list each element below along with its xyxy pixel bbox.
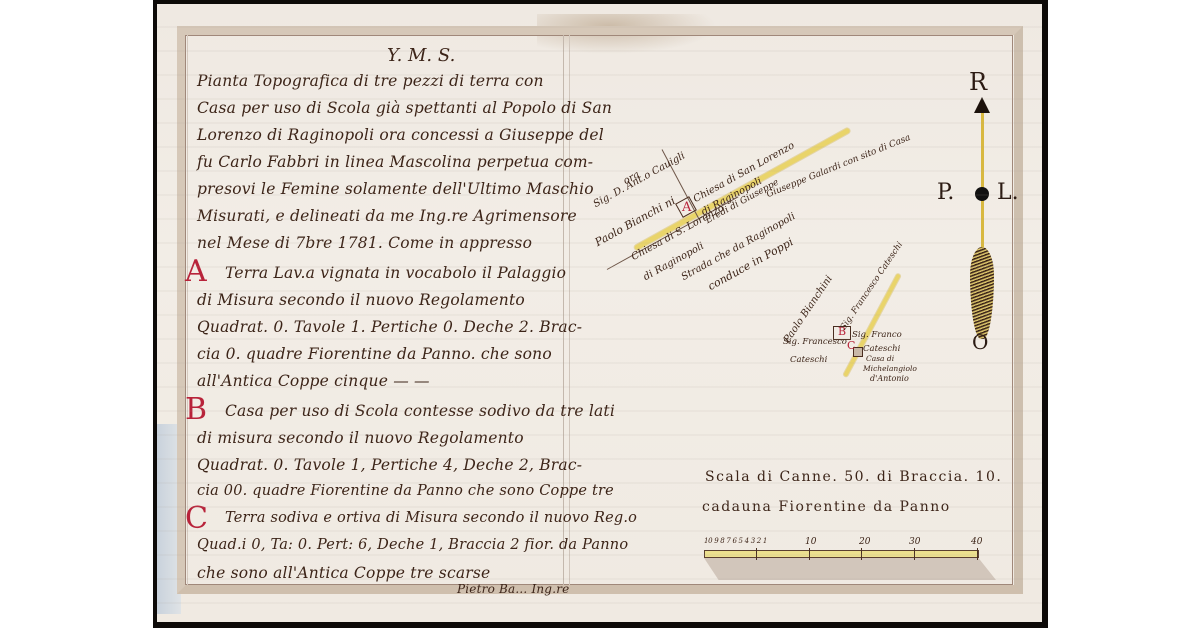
map-label: Casa di [866,354,894,363]
scale-tick [756,548,757,560]
entry-b-line: di misura secondo il nuovo Regolamento [197,429,524,447]
compass-east: L. [997,180,1019,205]
scale-tick-label: 20 [859,537,870,547]
entry-b-line: cia 00. quadre Fiorentine da Panno che s… [197,483,614,499]
signature: Pietro Ba... Ing.re [457,582,569,596]
map-label: Cateschi [790,355,827,365]
scale-bar-shadow [704,558,996,580]
entry-letter-b: B [185,392,207,427]
column-rule [563,35,564,585]
compass-north: R [969,68,987,96]
column-rule [569,35,570,585]
title-line: nel Mese di 7bre 1781. Come in appresso [197,234,532,252]
scale-tick [861,548,862,560]
entry-a-line: cia 0. quadre Fiorentine da Panno. che s… [197,345,552,363]
entry-a-line: Terra Lav.a vignata in vocabolo il Palag… [225,264,566,282]
title-line: fu Carlo Fabbri in linea Mascolina perpe… [197,153,593,171]
map-label: Cateschi [863,344,900,354]
title-line: Misurati, e delineati da me Ing.re Agrim… [197,207,577,225]
map-label: Sig. Francesco [783,337,847,347]
manuscript-page: Y. M. S. Pianta Topografica di tre pezzi… [157,4,1042,622]
scale-tick-label: 30 [909,537,920,547]
title-line: Pianta Topografica di tre pezzi di terra… [197,72,544,90]
scale-title-line2: cadauna Fiorentine da Panno [702,499,951,515]
title-line: presovi le Femine solamente dell'Ultimo … [197,180,594,198]
parcel-mark-a: A [682,200,691,215]
entry-a-line: all'Antica Coppe cinque — — [197,372,430,390]
scale-tick [914,548,915,560]
scale-small-ticks: 10 9 8 7 6 5 4 3 2 1 [704,537,767,545]
scale-tick-label: 10 [805,537,816,547]
scale-tick-label: 40 [971,537,982,547]
scale-tick [809,548,810,560]
map-label: Sig. Franco [852,330,902,340]
canvas: Y. M. S. Pianta Topografica di tre pezzi… [0,0,1200,628]
entry-letter-c: C [185,501,208,536]
scale-tick [977,548,978,560]
entry-letter-a: A [185,254,207,289]
title-line: Casa per uso di Scola già spettanti al P… [197,99,612,117]
title-line: Lorenzo di Raginopoli ora concessi a Giu… [197,126,604,144]
compass-arrow-icon [974,97,990,113]
entry-c-line: Terra sodiva e ortiva di Misura secondo … [225,510,637,526]
compass-center-dot [975,187,989,201]
map-label: Michelangiolo [863,364,917,373]
document-heading: Y. M. S. [387,45,455,66]
compass-south: O [972,330,988,354]
entry-c-line: che sono all'Antica Coppe tre scarse [197,564,490,582]
compass-west: P. [937,180,954,205]
scale-bar [704,550,979,558]
parcel-mark-c: C [847,339,855,352]
entry-c-line: Quad.i 0, Ta: 0. Pert: 6, Deche 1, Bracc… [197,537,628,553]
entry-a-line: di Misura secondo il nuovo Regolamento [197,291,525,309]
entry-a-line: Quadrat. 0. Tavole 1. Pertiche 0. Deche … [197,318,582,336]
entry-b-line: Quadrat. 0. Tavole 1, Pertiche 4, Deche … [197,456,582,474]
entry-b-line: Casa per uso di Scola contesse sodivo da… [225,402,615,420]
scale-title-line1: Scala di Canne. 50. di Braccia. 10. [705,469,1002,485]
map-label: d'Antonio [870,374,909,383]
